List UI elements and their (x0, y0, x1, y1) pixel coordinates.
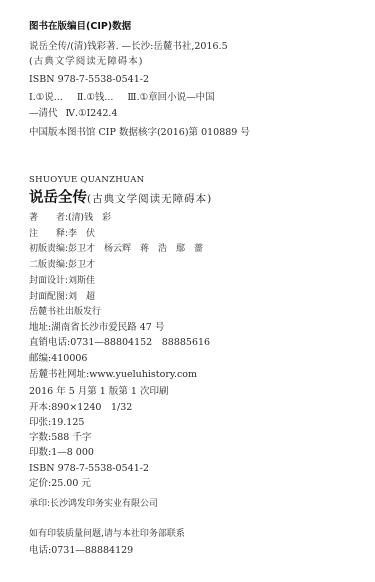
cip-heading: 图书在版编目(CIP)数据 (29, 21, 131, 33)
cip-classification: Ⅰ.①说...Ⅱ.①钱...Ⅲ.①章回小说—中国 (29, 92, 215, 104)
credit-annotator: 注 释:李 伏 (29, 228, 95, 240)
cip-class-1: Ⅰ.①说... (29, 92, 63, 103)
credit-first-edition-editors: 初版责编:彭卫才 杨云辉 蒋 浩 鄢 薔 (29, 243, 203, 255)
cip-isbn: ISBN 978-7-5538-0541-2 (29, 74, 149, 86)
cip-classification-cont: —清代Ⅳ.①I242.4 (29, 108, 118, 120)
cip-verification: 中国版本图书馆 CIP 数据核字(2016)第 010889 号 (29, 127, 250, 139)
printer: 承印:长沙鸿发印务实业有限公司 (29, 498, 158, 510)
credit-value: 李 伏 (68, 229, 95, 239)
book-series: (古典文学阅读无障碍本) (87, 193, 212, 205)
credit-label: 二版责编: (29, 260, 68, 270)
credit-label: 初版责编: (29, 244, 68, 254)
printing-price: 定价:25.00 元 (29, 478, 91, 490)
credit-value: 彭卫才 杨云辉 蒋 浩 鄢 薔 (68, 244, 203, 254)
printing-print-run: 印数:1—8 000 (29, 447, 94, 459)
cip-class-3-cont: —清代 (29, 108, 58, 119)
publisher-phone: 直销电话:0731—88804152 88885616 (29, 337, 210, 349)
credit-value: 刘 超 (68, 292, 95, 302)
printing-sheets: 印张:19.125 (29, 417, 84, 429)
publisher-address: 地址:湖南省长沙市爱民路 47 号 (29, 322, 164, 334)
contact-phone: 电话:0731—88884129 (29, 545, 133, 557)
credit-second-edition-editor: 二版责编:彭卫才 (29, 259, 95, 271)
publisher-name: 岳麓书社出版发行 (29, 306, 101, 318)
credit-label: 注 释: (29, 229, 68, 239)
pinyin-title: SHUOYUE QUANZHUAN (29, 174, 144, 186)
cip-bibliographic-line: 说岳全传/(清)钱彩著. —长沙:岳麓书社,2016.5 (29, 41, 228, 53)
cip-class-4: Ⅳ.①I242.4 (66, 108, 118, 119)
credit-value: 彭卫才 (68, 260, 95, 270)
credit-cover-design: 封面设计:刘斯佳 (29, 275, 95, 287)
credit-value: 刘斯佳 (68, 276, 95, 286)
credit-label: 封面配图: (29, 292, 68, 302)
credit-label: 封面设计: (29, 276, 68, 286)
book-title-line: 说岳全传(古典文学阅读无障碍本) (29, 189, 212, 209)
printing-words: 字数:588 千字 (29, 432, 91, 444)
publisher-website: 岳麓书社网址:www.yueluhistory.com (29, 369, 197, 381)
cip-class-2: Ⅱ.①钱... (77, 92, 114, 103)
printing-format: 开本:890×1240 1/32 (29, 402, 132, 414)
publisher-postcode: 邮编:410006 (29, 353, 87, 365)
credit-label: 著 者: (29, 213, 68, 223)
cip-class-3: Ⅲ.①章回小说—中国 (127, 92, 214, 103)
credit-author: 著 者:(清)钱 彩 (29, 212, 111, 224)
printing-isbn: ISBN 978-7-5538-0541-2 (29, 463, 149, 475)
printing-edition: 2016 年 5 月第 1 版第 1 次印刷 (29, 386, 168, 398)
credit-value: (清)钱 彩 (68, 213, 111, 223)
credit-cover-illustration: 封面配图:刘 超 (29, 291, 95, 303)
quality-notice: 如有印装质量问题,请与本社印务部联系 (29, 528, 185, 540)
book-title: 说岳全传 (29, 190, 87, 206)
cip-series-line: (古典文学阅读无障碍本) (29, 56, 143, 68)
